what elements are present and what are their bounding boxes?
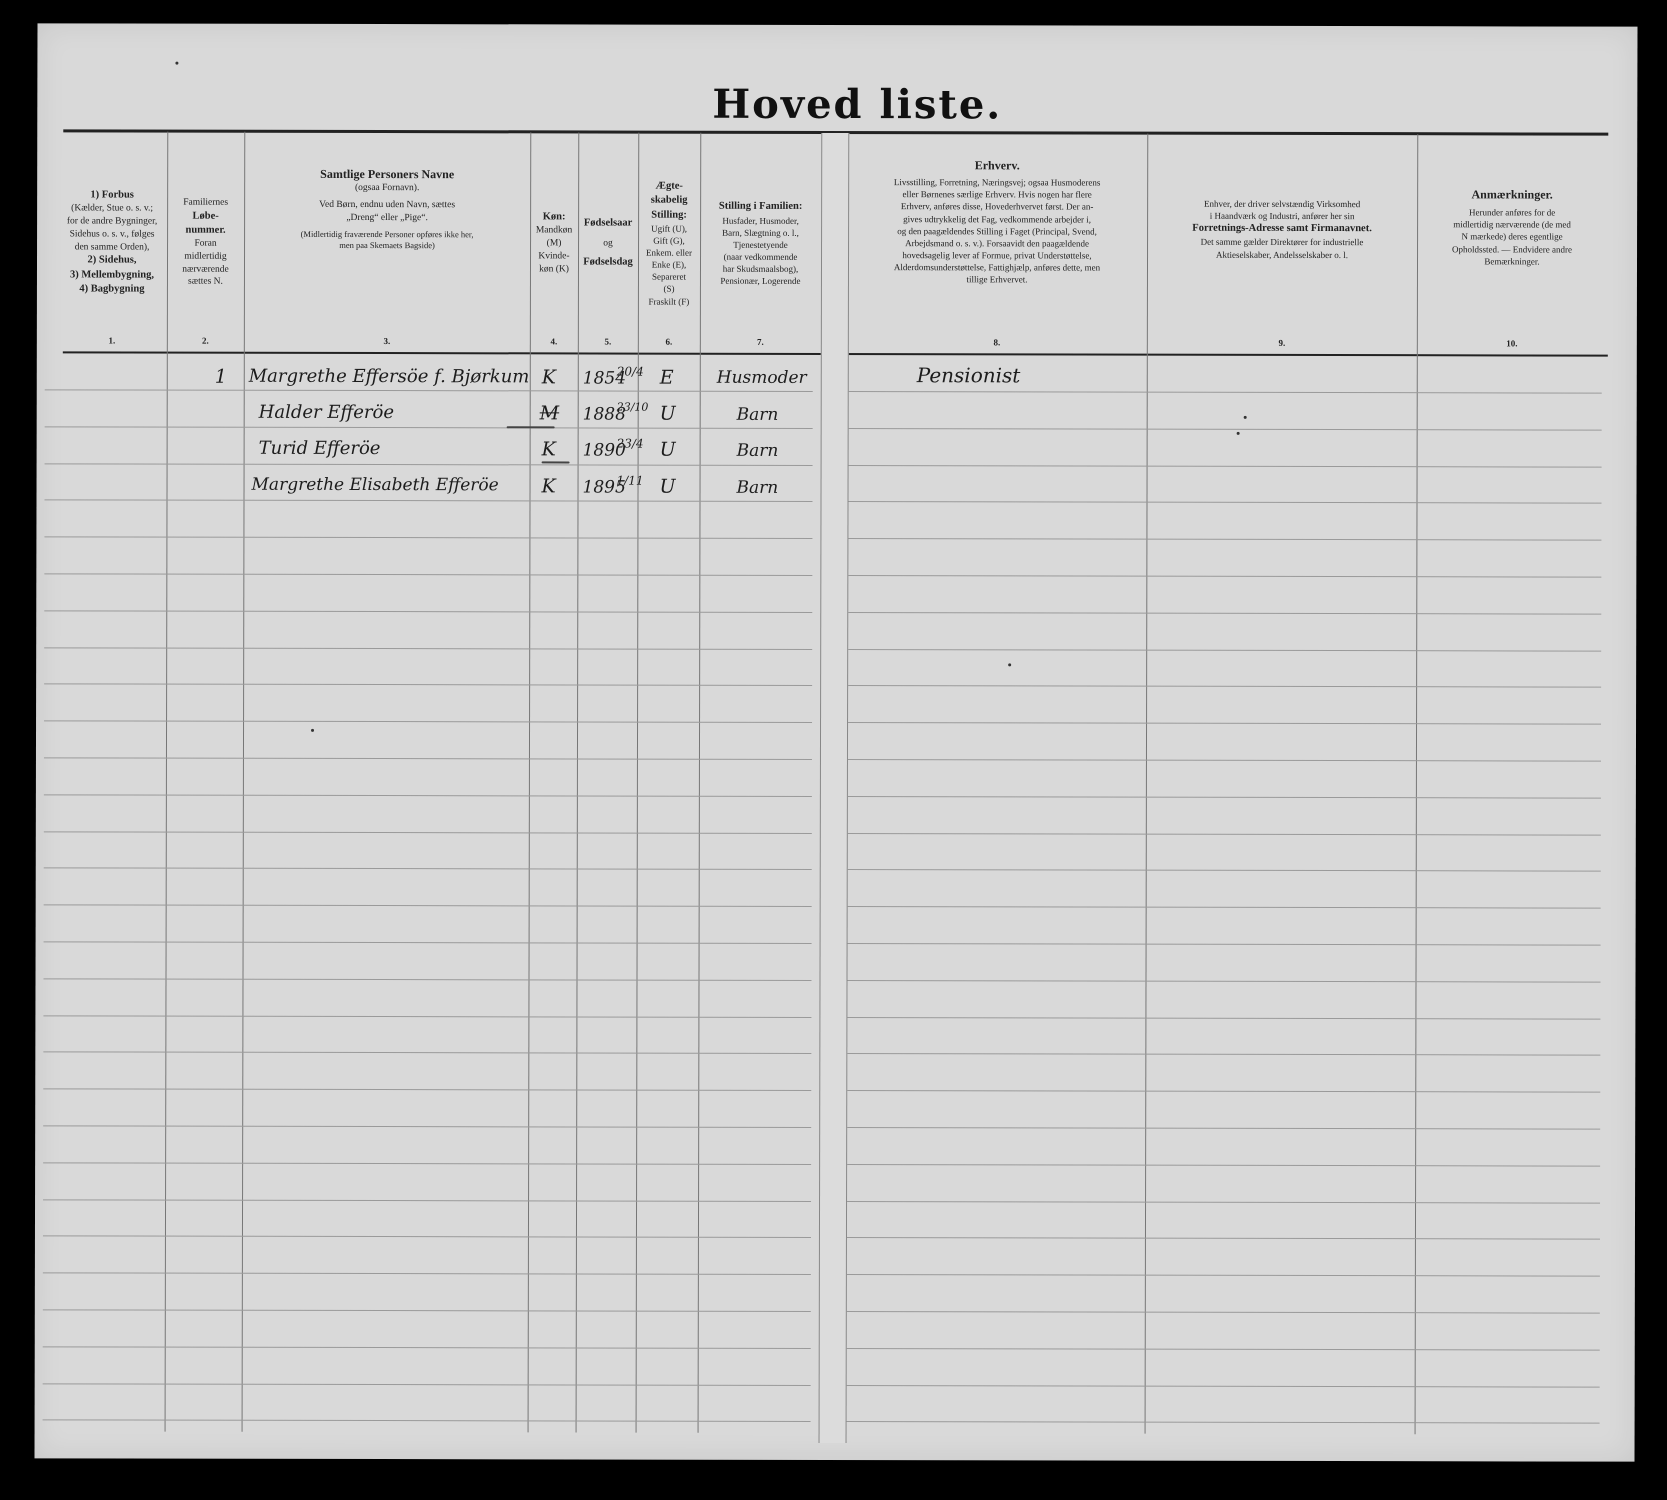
header-col-9-line: Det samme gælder Direktører for industri… <box>1201 236 1364 248</box>
row-1-name: Margrethe Effersöe f. Bjørkum <box>249 366 530 388</box>
row-rule <box>848 906 1601 909</box>
row-3-birth-day: 23/4 <box>617 437 644 451</box>
row-rule <box>849 391 1602 394</box>
header-col-7-line: (naar vedkommende <box>724 251 798 263</box>
header-col-10-line: N mærkede) deres egentlige <box>1461 231 1562 243</box>
header-col-8-title: Erhverv. <box>975 157 1020 173</box>
row-rule <box>43 1051 811 1054</box>
page-title: Hoved liste. <box>37 79 1637 129</box>
row-rule <box>848 538 1601 541</box>
row-rule <box>847 1164 1600 1167</box>
row-1-occupation: Pensionist <box>917 363 1021 387</box>
column-number: 5. <box>578 336 638 346</box>
row-rule <box>44 573 812 576</box>
header-col-1: 1) Forbus (Kælder, Stue o. s. v.; for de… <box>57 135 167 349</box>
row-rule <box>847 1421 1600 1424</box>
row-rule <box>848 796 1601 799</box>
header-col-6-line: Stilling: <box>651 208 687 222</box>
header-col-2-line: Løbe- <box>192 209 218 223</box>
row-rule <box>847 1017 1600 1020</box>
row-rule <box>44 610 812 613</box>
ruled-lines <box>38 23 1638 26</box>
ink-speck <box>1237 432 1240 435</box>
row-rule <box>43 1419 811 1422</box>
header-col-1-line: 2) Sidehus, <box>87 254 136 268</box>
header-col-4: Køn: Mandkøn (M) Kvinde- køn (K) <box>530 136 578 350</box>
row-rule <box>848 943 1601 946</box>
row-rule <box>848 575 1601 578</box>
header-col-4-line: køn (K) <box>539 263 569 276</box>
header-col-4-line: Mandkøn <box>536 225 572 238</box>
header-col-8-line: Erhverv, anføres disse, Hovederhvervet f… <box>901 201 1094 214</box>
row-4-sex: K <box>542 475 556 497</box>
row-rule <box>44 867 812 870</box>
column-number: 4. <box>530 336 578 346</box>
row-1-sex: K <box>542 366 556 388</box>
header-col-6-line: Separeret <box>652 271 686 283</box>
column-number: 8. <box>847 337 1147 348</box>
header-col-8-line: gives udtrykkelig det Fag, vedkommende a… <box>903 213 1091 226</box>
row-2-birth-day: 23/10 <box>617 401 649 414</box>
ink-speck <box>311 729 314 732</box>
header-col-7-line: Stilling i Familien: <box>719 200 802 214</box>
row-rule <box>44 683 812 686</box>
header-col-6-line: Ugift (U), <box>651 222 687 234</box>
header-col-9-line: i Haandværk og Industri, anfører her sin <box>1210 210 1355 222</box>
header-col-3-line: (ogsaa Fornavn). <box>355 182 419 195</box>
header-col-6-line: Fraskilt (F) <box>649 295 690 307</box>
row-rule <box>849 501 1602 504</box>
header-col-6-line: Enke (E), <box>652 259 687 271</box>
row-rule <box>43 1383 811 1386</box>
census-form-page: Hoved liste. 1) Forbus (Kælder, Stue o. … <box>34 23 1637 1461</box>
row-2-name: Halder Efferöe <box>259 402 394 423</box>
row-4-family-role: Barn <box>737 478 779 498</box>
row-rule <box>44 757 812 760</box>
header-col-3-line: (Midlertidig fraværende Personer opføres… <box>301 229 474 241</box>
header-col-1-line: for de andre Bygninger, <box>67 215 157 228</box>
column-number: 1. <box>57 335 167 345</box>
column-number: 7. <box>700 337 821 347</box>
row-rule <box>43 1272 811 1275</box>
header-col-1-line: den samme Orden), <box>75 241 150 254</box>
header-col-6: Ægte- skabelig Stilling: Ugift (U), Gift… <box>638 137 700 351</box>
header-col-6-line: skabelig <box>651 194 688 208</box>
header-col-2-line: Foran <box>194 238 216 251</box>
ink-speck <box>1244 416 1247 419</box>
row-rule <box>43 1199 811 1202</box>
header-col-8-line: tillige Erhvervet. <box>966 274 1027 286</box>
row-rule <box>43 1346 811 1349</box>
row-3-family-role: Barn <box>737 441 779 461</box>
column-number: 9. <box>1147 338 1417 349</box>
ink-speck <box>1008 663 1011 666</box>
header-col-6-line: Ægte- <box>655 180 682 194</box>
header-col-1-line: Sidehus o. s. v., følges <box>70 228 155 241</box>
header-col-5-line: Fødselsaar <box>584 217 632 231</box>
row-3-marital: U <box>660 439 676 461</box>
row-rule <box>849 428 1602 431</box>
header-col-10-line: Opholdssted. — Endvidere andre <box>1452 243 1572 255</box>
header-col-7-line: Tjenestetyende <box>733 239 788 251</box>
header-col-7-line: har Skudsmaalsbog), <box>723 263 799 275</box>
header-col-3-line: men paa Skemaets Bagside) <box>339 240 435 252</box>
header-col-9-line: Forretnings-Adresse samt Firmanavnet. <box>1192 222 1372 237</box>
row-rule <box>848 759 1601 762</box>
row-2-sex: M <box>540 402 560 424</box>
header-col-2: Familiernes Løbe- nummer. Foran midlerti… <box>167 136 244 350</box>
header-col-2-line: nærværende <box>182 263 228 276</box>
row-rule <box>43 1088 811 1091</box>
header-col-4-line: Kvinde- <box>538 250 569 263</box>
row-rule <box>848 980 1601 983</box>
row-rule <box>44 647 812 650</box>
row-rule <box>43 1235 811 1238</box>
header-col-5-line: og <box>603 237 613 250</box>
row-3-sex: K <box>542 438 556 460</box>
row-rule <box>44 536 812 539</box>
row-rule <box>847 1311 1600 1314</box>
correction-stroke <box>507 426 555 428</box>
header-col-8-line: Livsstilling, Forretning, Næringsvej; og… <box>894 176 1101 189</box>
row-rule <box>849 465 1602 468</box>
header-col-3-line: Ved Børn, endnu uden Navn, sættes <box>319 199 455 212</box>
header-col-5: Fødselsaar og Fødselsdag <box>578 136 638 350</box>
header-col-8-line: Arbejdsmand o. s. v.). Forsaavidt den pa… <box>905 237 1089 250</box>
row-rule <box>45 389 813 392</box>
header-col-2-line: Familiernes <box>183 196 228 209</box>
row-1-family-number: 1 <box>215 366 227 388</box>
header-col-10: Anmærkninger. Herunder anføres for de mi… <box>1417 138 1607 352</box>
row-2-marital: U <box>660 403 676 425</box>
row-rule <box>848 722 1601 725</box>
header-col-10-line: Herunder anføres for de <box>1469 207 1555 219</box>
header-col-8-line: eller Børnenes særlige Erhverv. Hvis nog… <box>902 188 1091 201</box>
header-col-1-line: 1) Forbus <box>90 188 133 202</box>
row-rule <box>45 499 813 502</box>
row-rule <box>43 1309 811 1312</box>
row-rule <box>847 1237 1600 1240</box>
row-1-family-role: Husmoder <box>717 368 807 388</box>
row-rule <box>45 463 813 466</box>
row-rule <box>44 978 812 981</box>
header-col-2-line: midlertidig <box>184 250 226 263</box>
header-col-3-line: Samtlige Personers Navne <box>320 166 454 182</box>
column-number: 3. <box>244 336 530 347</box>
header-col-1-line: 3) Mellembygning, <box>70 268 154 282</box>
row-3-name: Turid Efferöe <box>259 438 381 459</box>
row-4-marital: U <box>660 476 676 498</box>
header-col-10-line: Bemærkninger. <box>1484 255 1539 267</box>
row-rule <box>848 869 1601 872</box>
header-col-9-line: Enhver, der driver selvstændig Virksomhe… <box>1204 198 1360 210</box>
row-4-name: Margrethe Elisabeth Efferöe <box>252 475 499 496</box>
row-2-family-role: Barn <box>737 405 779 425</box>
header-col-7: Stilling i Familien: Husfader, Husmoder,… <box>700 137 821 351</box>
header-col-1-line: (Kælder, Stue o. s. v.; <box>71 203 153 216</box>
row-rule <box>847 1201 1600 1204</box>
row-rule <box>848 649 1601 652</box>
column-number: 10. <box>1417 338 1607 348</box>
row-rule <box>847 1127 1600 1130</box>
row-1-marital: E <box>660 367 674 389</box>
row-rule <box>847 1348 1600 1351</box>
row-rule <box>847 1053 1600 1056</box>
row-rule <box>45 426 813 429</box>
header-col-2-line: nummer. <box>185 223 225 237</box>
header-col-8-line: og den paagældendes Stilling i Faget (Pr… <box>897 225 1097 238</box>
header-col-7-line: Barn, Slægtning o. l., <box>722 227 799 239</box>
header-col-10-line: midlertidig nærværende (de med <box>1453 219 1571 231</box>
row-rule <box>847 1274 1600 1277</box>
row-rule <box>848 685 1601 688</box>
header-col-2-line: sættes N. <box>188 276 223 289</box>
correction-stroke <box>542 461 570 463</box>
row-rule <box>44 941 812 944</box>
row-1-birth-day: 20/4 <box>617 365 644 379</box>
header-col-9-line: Aktieselskaber, Andelsselskaber o. l. <box>1216 248 1348 260</box>
row-rule <box>44 904 812 907</box>
page-gutter <box>819 133 850 1443</box>
row-4-birth-day: 1/11 <box>617 474 644 488</box>
header-col-7-line: Pensionær, Logerende <box>720 275 800 287</box>
header-col-6-line: Enkem. eller <box>646 247 692 259</box>
header-col-1-line: 4) Bagbygning <box>79 282 144 296</box>
header-col-9: Enhver, der driver selvstændig Virksomhe… <box>1147 138 1417 353</box>
row-rule <box>848 833 1601 836</box>
header-col-6-line: Gift (G), <box>653 235 685 247</box>
row-rule <box>847 1385 1600 1388</box>
header-col-4-line: (M) <box>547 238 562 251</box>
header-col-5-line: Fødselsdag <box>583 256 633 270</box>
header-col-8: Erhverv. Livsstilling, Forretning, Nærin… <box>847 137 1147 352</box>
column-number: 6. <box>638 337 700 347</box>
header-col-7-line: Husfader, Husmoder, <box>722 214 799 226</box>
ink-speck <box>175 62 178 65</box>
header-col-4-line: Køn: <box>543 211 566 225</box>
row-rule <box>43 1162 811 1165</box>
row-rule <box>43 1125 811 1128</box>
row-rule <box>44 794 812 797</box>
row-rule <box>44 720 812 723</box>
row-rule <box>44 831 812 834</box>
row-rule <box>847 1090 1600 1093</box>
row-rule <box>43 1015 811 1018</box>
header-col-8-line: hovedsagelig lever af Formue, privat Und… <box>902 249 1091 262</box>
column-number: 2. <box>167 336 244 346</box>
header-col-3-line: „Dreng“ eller „Pige“. <box>346 212 428 225</box>
header-col-10-title: Anmærkninger. <box>1472 186 1553 202</box>
header-col-8-line: Alderdomsunderstøttelse, Fattighjælp, an… <box>894 261 1100 274</box>
header-col-3: Samtlige Personers Navne (ogsaa Fornavn)… <box>244 136 530 351</box>
row-rule <box>848 612 1601 615</box>
header-col-6-line: (S) <box>663 283 674 295</box>
